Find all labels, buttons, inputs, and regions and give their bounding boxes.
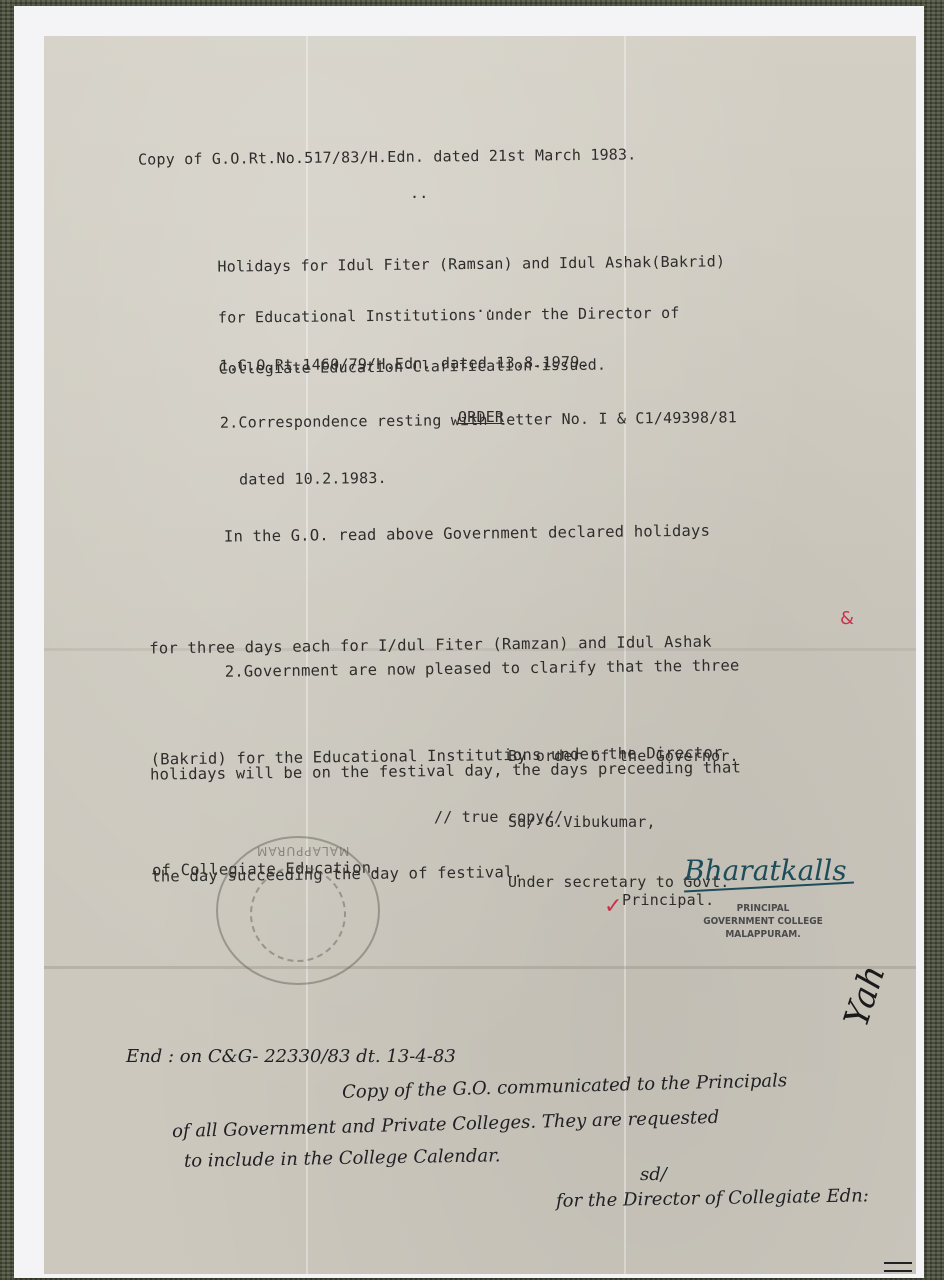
handwritten-line: for the Director of Collegiate Edn:: [556, 1185, 869, 1211]
handwritten-line: of all Government and Private Colleges. …: [172, 1107, 720, 1142]
paragraph-line: In the G.O. read above Government declar…: [148, 513, 720, 557]
red-check-mark: ✓: [604, 894, 622, 919]
order-title: ORDER: [458, 408, 504, 426]
document-header: Copy of G.O.Rt.No.517/83/H.Edn. dated 21…: [138, 145, 637, 168]
seal-inner-ring: [250, 866, 346, 962]
handwritten-line: to include in the College Calendar.: [184, 1145, 501, 1172]
reference-item: 1.G.O.Rt.1460/79/H.Edn. dated 13.8.1979.: [219, 351, 736, 375]
separator: ..: [410, 184, 428, 202]
principal-stamp: PRINCIPAL GOVERNMENT COLLEGE MALAPPURAM.: [688, 902, 838, 941]
stamp-line: MALAPPURAM.: [688, 928, 838, 941]
handwritten-sd: sd/: [640, 1164, 667, 1185]
margin-initial: Yah: [836, 960, 893, 1031]
seal-text: MALAPPURAM: [256, 844, 349, 858]
handwritten-line: Copy of the G.O. communicated to the Pri…: [342, 1070, 788, 1103]
office-seal: MALAPPURAM: [216, 836, 380, 985]
photo-border: Copy of G.O.Rt.No.517/83/H.Edn. dated 21…: [14, 6, 924, 1278]
subject-line: Holidays for Idul Fiter (Ramsan) and Idu…: [217, 253, 725, 275]
corner-marks: [884, 1262, 912, 1278]
fold-line: [44, 966, 916, 969]
paragraph-line: 2.Government are now pleased to clarify …: [149, 648, 740, 689]
principal-signature: Bharatkalls: [684, 854, 847, 887]
stamp-line: GOVERNMENT COLLEGE: [688, 915, 838, 928]
correction-mark: &: [840, 608, 854, 629]
stamp-line: PRINCIPAL: [688, 902, 838, 915]
handwritten-endorsement: End : on C&G- 22330/83 dt. 13-4-83: [126, 1046, 456, 1067]
separator: ..: [476, 298, 494, 316]
document-page: Copy of G.O.Rt.No.517/83/H.Edn. dated 21…: [44, 36, 916, 1274]
true-copy-label: // true copy//: [434, 808, 563, 826]
signature-line: By order of the Governor.: [508, 746, 739, 766]
